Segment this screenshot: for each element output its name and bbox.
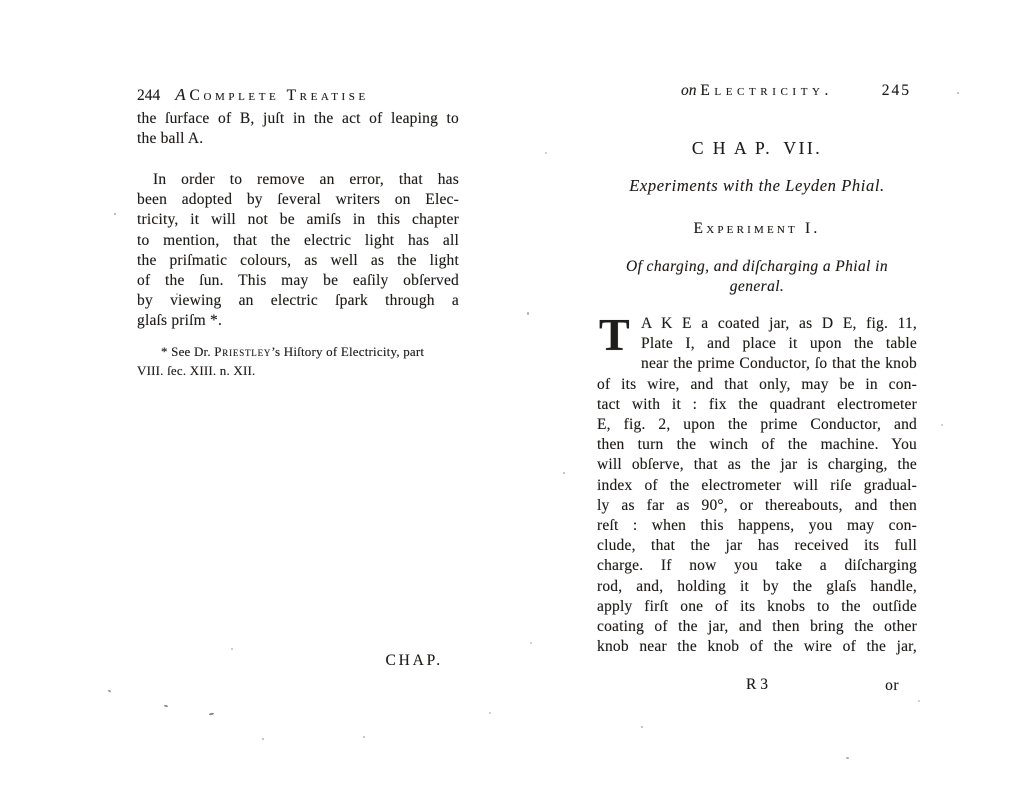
page-left: 244 A Complete Treatise the ſurface of B… [137, 85, 459, 725]
chapter-heading: C H A P. VII. [597, 138, 917, 159]
scan-speckle [363, 736, 365, 738]
running-title-right-caps: Electricity. [700, 82, 833, 99]
text-line: near the prime Conductor, ſo that the kn… [597, 354, 917, 374]
book-scan-spread: 244 A Complete Treatise the ſurface of B… [0, 0, 1024, 791]
scan-speckle [918, 700, 920, 702]
text-line: the ball A. [137, 129, 459, 149]
footnote: * See Dr. Priestley’s Hiſtory of Electri… [137, 343, 459, 380]
text-line: A K E a coated jar, as D E, fig. 11, [597, 314, 917, 334]
text-line: ly as far as 90°, or thereabouts, and th… [597, 496, 917, 516]
text-line: by viewing an electric ſpark through a [137, 291, 459, 311]
running-header-right: on Electricity. 245 [597, 82, 917, 100]
drop-cap: T [599, 316, 633, 356]
text-line: been adopted by ſeveral writers on Elec- [137, 190, 459, 210]
scan-speckle [941, 424, 943, 426]
footnote-author: Priestley [214, 344, 271, 359]
text-line: glaſs priſm *. [137, 311, 459, 331]
page-right: on Electricity. 245 C H A P. VII. Experi… [597, 82, 917, 732]
running-title-left: A Complete Treatise [175, 85, 369, 105]
paragraph-1: the ſurface of B, juſt in the act of lea… [137, 109, 459, 149]
text-line: tact with it : fix the quadrant electrom… [597, 395, 917, 415]
text-line: tricity, it will not be amiſs in this ch… [137, 210, 459, 230]
text-line: charge. If now you take a diſcharging [597, 556, 917, 576]
text-line: will obſerve, that as the jar is chargin… [597, 455, 917, 475]
text-line: of the ſun. This may be eaſily obſerved [137, 271, 459, 291]
catchword-right: or [885, 677, 899, 695]
text-line: general. [597, 277, 917, 297]
experiment-subtitle: Of charging, and diſcharging a Phial in … [597, 257, 917, 297]
scan-speckle [262, 738, 264, 740]
body-paragraph: T A K E a coated jar, as D E, fig. 11, P… [597, 314, 917, 657]
running-header-left: 244 A Complete Treatise [137, 85, 459, 105]
catchword-left: CHAP. [137, 652, 459, 670]
paragraph-2: In order to remove an error, that has be… [137, 170, 459, 332]
signature-row: R 3 or [597, 676, 917, 694]
text-line: rod, and, holding it by the glaſs handle… [597, 577, 917, 597]
footnote-line: VIII. ſec. XIII. n. XII. [137, 362, 459, 381]
scan-speckle [114, 213, 116, 215]
text-line: Plate I, and place it upon the table [597, 334, 917, 354]
scan-speckle [563, 472, 565, 474]
scan-speckle [846, 757, 849, 759]
scan-speckle [305, 196, 307, 198]
text-line: the priſmatic colours, as well as the li… [137, 251, 459, 271]
scan-speckle [489, 712, 491, 714]
running-title-right: on Electricity. [681, 82, 833, 99]
running-title-left-article: A [175, 85, 185, 104]
running-title-right-on: on [681, 82, 697, 99]
text-line: then turn the winch of the machine. You [597, 435, 917, 455]
footnote-prefix: * See Dr. [161, 344, 214, 359]
text-line: reſt : when this happens, you may con- [597, 516, 917, 536]
text-line: Of charging, and diſcharging a Phial in [597, 257, 917, 277]
page-number-left: 244 [137, 87, 160, 105]
text-line: the ſurface of B, juſt in the act of lea… [137, 109, 459, 129]
text-line: apply firſt one of its knobs to the outſ… [597, 597, 917, 617]
text-line: clude, that the jar has received its ful… [597, 536, 917, 556]
text-line: E, fig. 2, upon the prime Conductor, and [597, 415, 917, 435]
scan-speckle [545, 152, 547, 154]
scan-speckle [641, 726, 643, 728]
chapter-subtitle: Experiments with the Leyden Phial. [597, 176, 917, 196]
text-line: of its wire, and that only, may be in co… [597, 375, 917, 395]
running-title-left-caps: Complete Treatise [190, 87, 369, 104]
experiment-heading: Experiment I. [597, 220, 917, 238]
signature-mark: R 3 [746, 676, 768, 693]
text-line: index of the electrometer will riſe grad… [597, 476, 917, 496]
scan-speckle [231, 648, 233, 650]
scan-speckle [108, 689, 112, 692]
text-line: coating of the jar, and then bring the o… [597, 617, 917, 637]
footnote-suffix: ’s Hiſtory of Electricity, part [271, 344, 424, 359]
text-line: In order to remove an error, that has [137, 170, 459, 190]
page-number-right: 245 [882, 82, 911, 100]
scan-speckle [527, 312, 529, 315]
scan-speckle [530, 642, 532, 644]
text-line: to mention, that the electric light has … [137, 231, 459, 251]
scan-speckle [176, 293, 178, 295]
scan-speckle [957, 92, 959, 94]
footnote-line: * See Dr. Priestley’s Hiſtory of Electri… [137, 343, 459, 362]
text-line: knob near the knob of the wire of the ja… [597, 637, 917, 657]
